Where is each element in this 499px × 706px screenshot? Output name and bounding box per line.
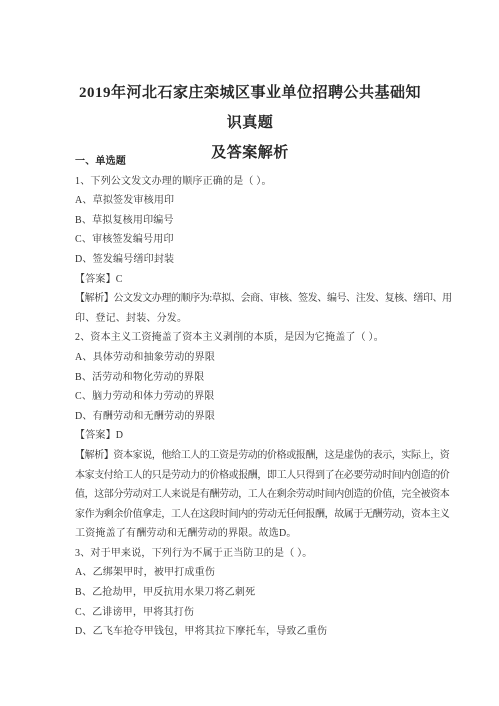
question-2-option-c: C、脑力劳动和体力劳动的界限 bbox=[75, 387, 425, 407]
question-2-analysis-line-1: 【解析】资本家说，他给工人的工资是劳动的价格或报酬，这是虚伪的表示，实际上，资 bbox=[75, 446, 425, 466]
section-heading: 一、单选题 bbox=[75, 152, 425, 172]
question-3-option-c: C、乙诽谤甲，甲将其打伤 bbox=[75, 603, 425, 623]
question-1-answer: 【答案】C bbox=[75, 270, 425, 290]
question-2-text: 2、资本主义工资掩盖了资本主义剥削的本质，是因为它掩盖了（ ）。 bbox=[75, 328, 425, 348]
question-1-option-d: D、签发编号缮印封装 bbox=[75, 250, 425, 270]
question-1-option-b: B、草拟复核用印编号 bbox=[75, 211, 425, 231]
document-body: 一、单选题 1、下列公文发文办理的顺序正确的是（ ）。 A、草拟签发审核用印 B… bbox=[75, 152, 425, 642]
question-2-analysis-line-3: 值，这部分劳动对工人来说是有酬劳动，工人在剩余劳动时间内创造的价值，完全被资本 bbox=[75, 485, 425, 505]
question-2-option-b: B、活劳动和物化劳动的界限 bbox=[75, 368, 425, 388]
question-1-option-c: C、审核签发编号用印 bbox=[75, 230, 425, 250]
question-3-option-a: A、乙绑架甲时，被甲打成重伤 bbox=[75, 563, 425, 583]
document-page: 2019年河北石家庄栾城区事业单位招聘公共基础知识真题 及答案解析 一、单选题 … bbox=[0, 0, 499, 706]
question-1-option-a: A、草拟签发审核用印 bbox=[75, 191, 425, 211]
question-2-option-a: A、具体劳动和抽象劳动的界限 bbox=[75, 348, 425, 368]
question-1-analysis-line-1: 【解析】公文发文办理的顺序为:草拟、会商、审核、签发、编号、注发、复核、缮印、用 bbox=[75, 289, 425, 309]
question-2-analysis-line-5: 工资掩盖了有酬劳动和无酬劳动的界限。故选D。 bbox=[75, 524, 425, 544]
question-3-option-b: B、乙抢劫甲，甲反抗用水果刀将乙刺死 bbox=[75, 583, 425, 603]
question-1-text: 1、下列公文发文办理的顺序正确的是（ ）。 bbox=[75, 172, 425, 192]
question-2-analysis-line-4: 家作为剩余价值拿走，工人在这段时间内的劳动无任何报酬，故属于无酬劳动，资本主义 bbox=[75, 505, 425, 525]
question-2-analysis-line-2: 本家支付给工人的只是劳动力的价格或报酬，即工人只得到了在必要劳动时间内创造的价 bbox=[75, 466, 425, 486]
question-1-analysis-line-2: 印、登记、封装、分发。 bbox=[75, 309, 425, 329]
question-2-option-d: D、有酬劳动和无酬劳动的界限 bbox=[75, 407, 425, 427]
title-line-1: 2019年河北石家庄栾城区事业单位招聘公共基础知识真题 bbox=[74, 78, 426, 138]
question-2-answer: 【答案】D bbox=[75, 426, 425, 446]
question-3-text: 3、对于甲来说，下列行为不属于正当防卫的是（ ）。 bbox=[75, 544, 425, 564]
question-3-option-d: D、乙飞车抢夺甲钱包，甲将其拉下摩托车，导致乙重伤 bbox=[75, 622, 425, 642]
